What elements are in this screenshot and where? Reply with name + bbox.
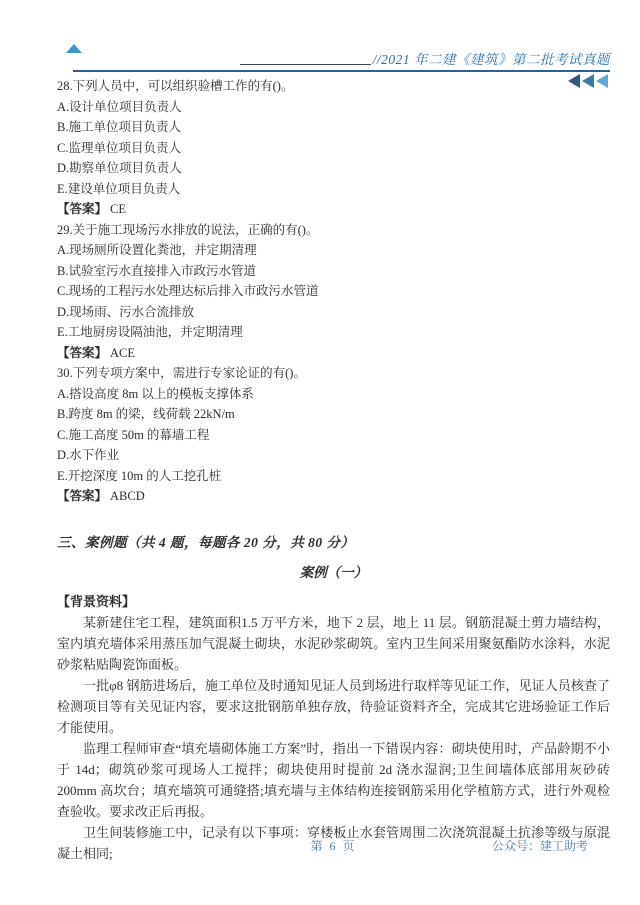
question-30: 30.下列专项方案中，需进行专家论证的有()。 A.搭设高度 8m 以上的模板支… bbox=[57, 363, 610, 507]
question-option: B.试验室污水直接排入市政污水管道 bbox=[57, 261, 610, 282]
publisher-label: 公众号：建工助考 bbox=[492, 837, 588, 854]
background-paragraph: 某新建住宅工程，建筑面积1.5 万平方米，地下 2 层，地上 11 层。钢筋混凝… bbox=[57, 612, 610, 675]
question-option: B.跨度 8m 的梁，线荷载 22kN/m bbox=[57, 404, 610, 425]
background-paragraph: 一批φ8 钢筋进场后，施工单位及时通知见证人员到场进行取样等见证工作，见证人员核… bbox=[57, 675, 610, 738]
answer-label: 【答案】 bbox=[57, 202, 107, 216]
question-stem: 30.下列专项方案中，需进行专家论证的有()。 bbox=[57, 363, 610, 384]
question-option: C.现场的工程污水处理达标后排入市政污水管道 bbox=[57, 281, 610, 302]
question-stem: 28.下列人员中，可以组织验槽工作的有()。 bbox=[57, 76, 610, 97]
header-rule bbox=[73, 70, 610, 72]
question-option: A.设计单位项目负责人 bbox=[57, 97, 610, 118]
question-answer: 【答案】CE bbox=[57, 199, 610, 220]
question-option: B.施工单位项目负责人 bbox=[57, 117, 610, 138]
question-option: C.监理单位项目负责人 bbox=[57, 138, 610, 159]
case-title: 案例（一） bbox=[57, 563, 610, 583]
question-answer: 【答案】ACE bbox=[57, 343, 610, 364]
answer-value: ACE bbox=[110, 346, 135, 360]
exam-document-page: //2021 年二建《建筑》第二批考试真题 28.下列人员中，可以组织验槽工作的… bbox=[0, 0, 640, 905]
header-title-row: //2021 年二建《建筑》第二批考试真题 bbox=[73, 50, 610, 68]
question-28: 28.下列人员中，可以组织验槽工作的有()。 A.设计单位项目负责人 B.施工单… bbox=[57, 76, 610, 220]
page-content: 28.下列人员中，可以组织验槽工作的有()。 A.设计单位项目负责人 B.施工单… bbox=[57, 76, 610, 864]
question-option: D.水下作业 bbox=[57, 445, 610, 466]
answer-label: 【答案】 bbox=[57, 489, 107, 503]
question-option: E.开挖深度 10m 的人工挖孔桩 bbox=[57, 466, 610, 487]
background-paragraph: 监理工程师审查“填充墙砌体施工方案”时，指出一下错误内容：砌块使用时，产品龄期不… bbox=[57, 738, 610, 822]
question-option: E.建设单位项目负责人 bbox=[57, 179, 610, 200]
question-option: A.搭设高度 8m 以上的模板支撑体系 bbox=[57, 384, 610, 405]
page-footer: 第 6 页 公众号：建工助考 bbox=[57, 837, 610, 855]
header-title: //2021 年二建《建筑》第二批考试真题 bbox=[373, 52, 610, 68]
answer-value: ABCD bbox=[110, 489, 145, 503]
section-heading: 三、案例题（共 4 题，每题各 20 分，共 80 分） bbox=[57, 533, 610, 553]
header-underline bbox=[240, 64, 371, 65]
question-answer: 【答案】ABCD bbox=[57, 486, 610, 507]
background-material-label: 【背景资料】 bbox=[57, 592, 610, 612]
answer-label: 【答案】 bbox=[57, 346, 107, 360]
question-option: D.现场雨、污水合流排放 bbox=[57, 302, 610, 323]
question-option: E.工地厨房设隔油池，并定期清理 bbox=[57, 322, 610, 343]
question-option: A.现场厕所设置化粪池，并定期清理 bbox=[57, 240, 610, 261]
question-option: D.勘察单位项目负责人 bbox=[57, 158, 610, 179]
question-option: C.施工高度 50m 的幕墙工程 bbox=[57, 425, 610, 446]
question-stem: 29.关于施工现场污水排放的说法，正确的有()。 bbox=[57, 220, 610, 241]
answer-value: CE bbox=[110, 202, 126, 216]
question-29: 29.关于施工现场污水排放的说法，正确的有()。 A.现场厕所设置化粪池，并定期… bbox=[57, 220, 610, 364]
